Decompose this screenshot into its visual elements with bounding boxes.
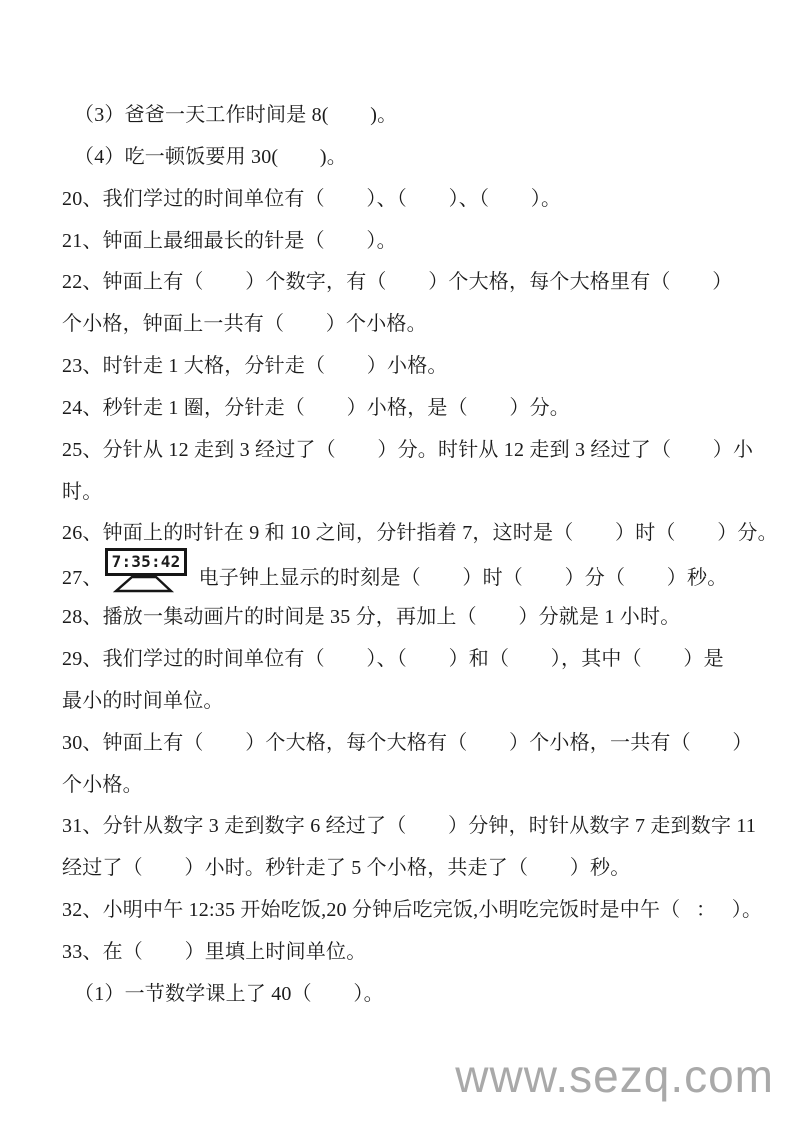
question-line-23: 23、时针走 1 大格，分针走（ ）小格。	[62, 346, 778, 388]
question-27-number: 27、	[62, 567, 103, 589]
question-line-25-cont: 时。	[62, 472, 778, 514]
question-line-28: 28、播放一集动画片的时间是 35 分，再加上（ ）分就是 1 小时。	[62, 597, 778, 639]
question-line-31: 31、分针从数字 3 走到数字 6 经过了（ ）分钟，时针从数字 7 走到数字 …	[62, 806, 778, 848]
question-line-sub3: （3）爸爸一天工作时间是 8( )。	[62, 95, 778, 137]
question-line-sub4: （4）吃一顿饭要用 30( )。	[62, 137, 778, 179]
worksheet-content: （3）爸爸一天工作时间是 8( )。 （4）吃一顿饭要用 30( )。 20、我…	[62, 95, 778, 1016]
question-line-22: 22、钟面上有（ ）个数字，有（ ）个大格，每个大格里有（ ）	[62, 262, 778, 304]
question-line-29: 29、我们学过的时间单位有（ ）、（ ）和（ ），其中（ ）是	[62, 639, 778, 681]
question-line-30: 30、钟面上有（ ）个大格，每个大格有（ ）个小格，一共有（ ）	[62, 723, 778, 765]
question-line-30-cont: 个小格。	[62, 765, 778, 807]
worksheet-page: （3）爸爸一天工作时间是 8( )。 （4）吃一顿饭要用 30( )。 20、我…	[0, 0, 800, 1131]
question-line-25: 25、分针从 12 走到 3 经过了（ ）分。时针从 12 走到 3 经过了（ …	[62, 430, 778, 472]
question-line-22-cont: 个小格，钟面上一共有（ ）个小格。	[62, 304, 778, 346]
digital-clock-stand	[111, 576, 177, 593]
question-line-33-sub1: （1）一节数学课上了 40（ ）。	[62, 974, 778, 1016]
watermark: www.sezq.com	[455, 1053, 774, 1099]
question-line-24: 24、秒针走 1 圈，分针走（ ）小格，是（ ）分。	[62, 388, 778, 430]
question-line-33: 33、在（ ）里填上时间单位。	[62, 932, 778, 974]
digital-clock-display: 7:35:42	[105, 548, 188, 576]
digital-clock: 7:35:42	[105, 555, 191, 595]
question-line-27: 27、7:35:42电子钟上显示的时刻是（ ）时（ ）分（ ）秒。	[62, 555, 778, 597]
question-line-20: 20、我们学过的时间单位有（ ）、（ ）、（ ）。	[62, 179, 778, 221]
question-27-text: 电子钟上显示的时刻是（ ）时（ ）分（ ）秒。	[199, 567, 728, 589]
question-line-32: 32、小明中午 12:35 开始吃饭,20 分钟后吃完饭,小明吃完饭时是中午（ …	[62, 890, 778, 932]
question-line-21: 21、钟面上最细最长的针是（ ）。	[62, 221, 778, 263]
question-line-31-cont: 经过了（ ）小时。秒针走了 5 个小格，共走了（ ）秒。	[62, 848, 778, 890]
question-line-29-cont: 最小的时间单位。	[62, 681, 778, 723]
